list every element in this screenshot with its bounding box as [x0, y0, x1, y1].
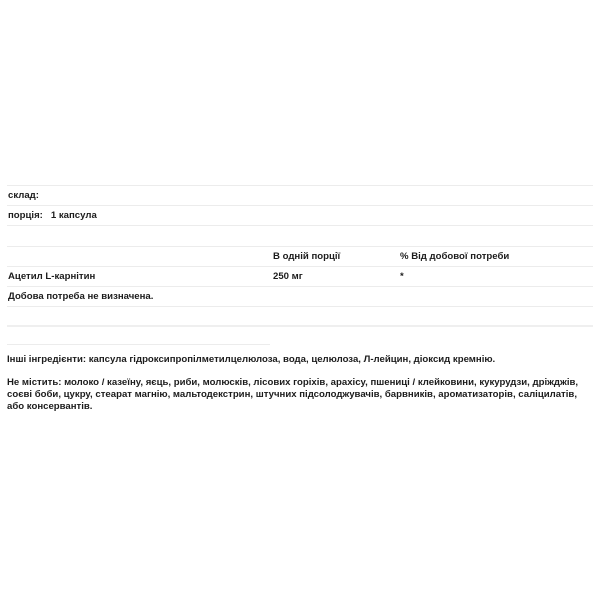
composition-row: склад: — [7, 185, 593, 205]
free-from-text: Не містить: молоко / казеїну, яєць, риби… — [7, 377, 593, 413]
spacer-row — [7, 225, 593, 246]
composition-label: склад: — [8, 190, 39, 201]
other-ingredients-text: Інші інгредієнти: капсула гідроксипропіл… — [7, 354, 593, 366]
footnote-row: Добова потреба не визначена. — [7, 286, 593, 306]
header-per-serving: В одній порції — [273, 251, 400, 262]
bottom-spacer-row — [7, 306, 593, 327]
header-daily-value: % Від добової потреби — [400, 251, 593, 262]
serving-row: порція: 1 капсула — [7, 205, 593, 225]
ingredient-amount: 250 мг — [273, 271, 400, 282]
daily-value-footnote: Добова потреба не визначена. — [8, 291, 153, 302]
divider — [7, 344, 270, 345]
table-header-row: В одній порції % Від добової потреби — [7, 246, 593, 266]
table-row: Ацетил L-карнітин 250 мг * — [7, 266, 593, 286]
serving-value: 1 капсула — [51, 210, 97, 221]
supplement-facts-panel: склад: порція: 1 капсула В одній порції … — [7, 185, 593, 327]
serving-label: порція: — [8, 210, 43, 221]
ingredient-name: Ацетил L-карнітин — [8, 271, 273, 282]
ingredient-notes: Інші інгредієнти: капсула гідроксипропіл… — [7, 354, 593, 424]
ingredient-daily-value: * — [400, 271, 593, 282]
